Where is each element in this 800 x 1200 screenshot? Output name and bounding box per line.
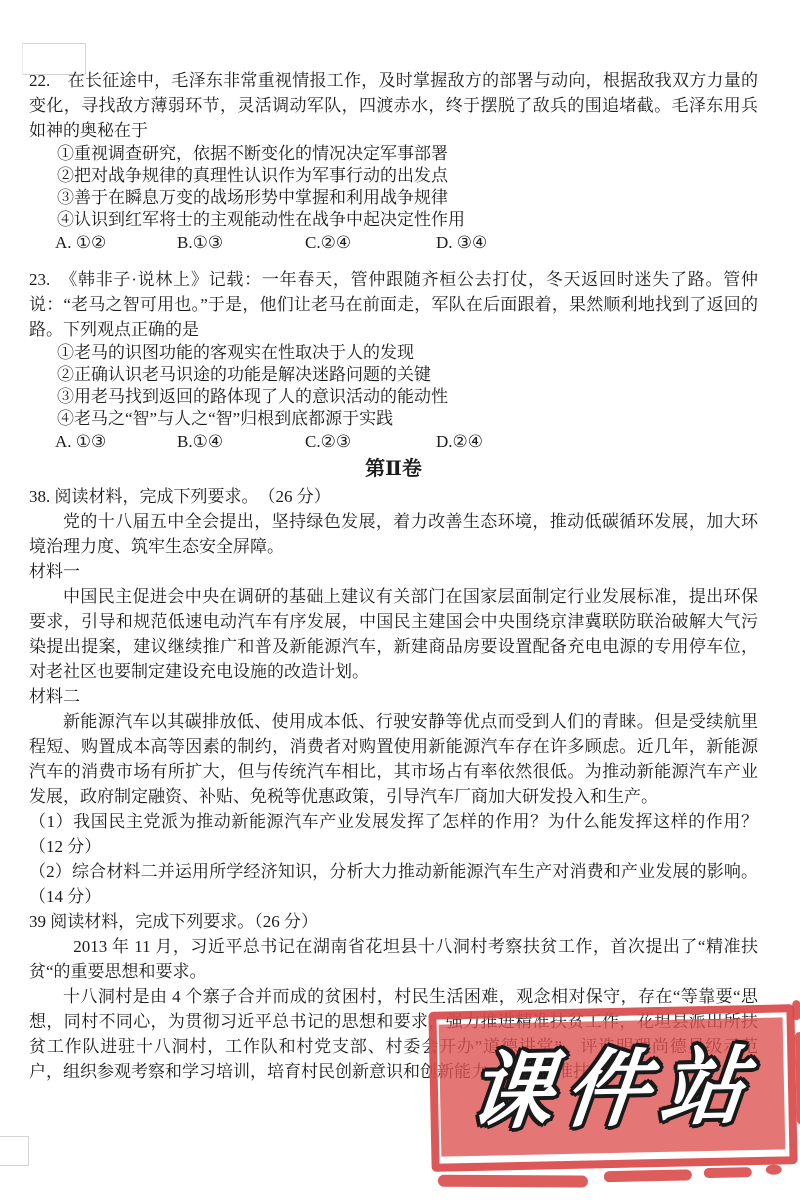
choice-a: A. ①③ [55, 430, 177, 454]
material-1-text: 中国民主促进会中央在调研的基础上建议有关部门在国家层面制定行业发展标准，提出环保… [29, 584, 758, 684]
stamp-ink-blob [792, 1000, 800, 1020]
choice-d: D.②④ [436, 430, 483, 454]
section-title: 第Ⅱ卷 [29, 454, 758, 484]
question-22-items: ①重视调查研究，依据不断变化的情况决定军事部署 ②把对战争规律的真理性认识作为军… [29, 143, 758, 231]
choice-d: D. ③④ [436, 231, 487, 255]
question-39-para-1: 2013 年 11 月，习近平总书记在湖南省花坦县十八洞村考察扶贫工作，首次提出… [29, 934, 758, 984]
stamp-ink-blob [704, 1167, 752, 1178]
stamp-text: 课件站 [424, 1030, 800, 1148]
question-38: 38. 阅读材料，完成下列要求。 （26 分） 党的十八届五中全会提出，坚持绿色… [29, 484, 758, 909]
document-page: 22. 在长征途中，毛泽东非常重视情报工作，及时掌握敌方的部署与动向，根据敌我双… [0, 0, 800, 1200]
question-23-item-1: ①老马的识图功能的客观实在性取决于人的发现 [57, 342, 758, 364]
material-2-text: 新能源汽车以其碳排放低、使用成本低、行驶安静等优点而受到人们的青睐。但是受续航里… [29, 709, 758, 809]
question-23-items: ①老马的识图功能的客观实在性取决于人的发现 ②正确认识老马识途的功能是解决迷路问… [29, 342, 758, 430]
question-22-stem: 22. 在长征途中，毛泽东非常重视情报工作，及时掌握敌方的部署与动向，根据敌我双… [29, 68, 758, 143]
stamp-ink-blob [795, 1032, 800, 1124]
choice-c: C.②③ [305, 430, 436, 454]
question-38-intro: 党的十八届五中全会提出，坚持绿色发展，着力改善生态环境，推动低碳循环发展，加大环… [29, 509, 758, 559]
material-2-label: 材料二 [29, 684, 758, 709]
question-22-item-1: ①重视调查研究，依据不断变化的情况决定军事部署 [57, 143, 758, 165]
question-23-item-4: ④老马之“智”与人之“智”归根到底都源于实践 [57, 408, 758, 430]
question-39-header: 39 阅读材料，完成下列要求。（26 分） [29, 909, 758, 934]
choice-c: C.②④ [305, 231, 436, 255]
material-1-label: 材料一 [29, 559, 758, 584]
question-22-item-3: ③善于在瞬息万变的战场形势中掌握和利用战争规律 [57, 187, 758, 209]
question-23-item-2: ②正确认识老马识途的功能是解决迷路问题的关键 [57, 364, 758, 386]
choice-b: B.①④ [177, 430, 305, 454]
question-38-sub-1: （1）我国民主党派为推动新能源汽车产业发展发挥了怎样的作用？为什么能发挥这样的作… [29, 809, 758, 859]
question-23: 23. 《韩非子·说林上》记载：一年春天，管仲跟随齐桓公去打仗，冬天返回时迷失了… [29, 267, 758, 454]
question-23-stem: 23. 《韩非子·说林上》记载：一年春天，管仲跟随齐桓公去打仗，冬天返回时迷失了… [29, 267, 758, 342]
choice-b: B.①③ [177, 231, 305, 255]
question-22-item-2: ②把对战争规律的真理性认识作为军事行动的出发点 [57, 165, 758, 187]
question-38-header: 38. 阅读材料，完成下列要求。 （26 分） [29, 484, 758, 509]
question-22-choices: A. ①② B.①③ C.②④ D. ③④ [29, 231, 758, 255]
choice-a: A. ①② [55, 231, 177, 255]
question-22-item-4: ④认识到红军将士的主观能动性在战争中起决定性作用 [57, 209, 758, 231]
question-23-item-3: ③用老马找到返回的路体现了人的意识活动的能动性 [57, 386, 758, 408]
stamp-ink-blob [604, 1169, 692, 1182]
scan-artifact-box-bottom [0, 1136, 29, 1166]
exam-content: 22. 在长征途中，毛泽东非常重视情报工作，及时掌握敌方的部署与动向，根据敌我双… [29, 68, 758, 1084]
question-22: 22. 在长征途中，毛泽东非常重视情报工作，及时掌握敌方的部署与动向，根据敌我双… [29, 68, 758, 255]
question-38-sub-2: （2）综合材料二并运用所学经济知识，分析大力推动新能源汽车生产对消费和产业发展的… [29, 859, 758, 909]
question-23-choices: A. ①③ B.①④ C.②③ D.②④ [29, 430, 758, 454]
stamp-ink-blob [766, 1164, 782, 1174]
stamp-ink-blob [438, 1175, 588, 1188]
watermark-stamp: 课件站 [428, 1004, 797, 1172]
